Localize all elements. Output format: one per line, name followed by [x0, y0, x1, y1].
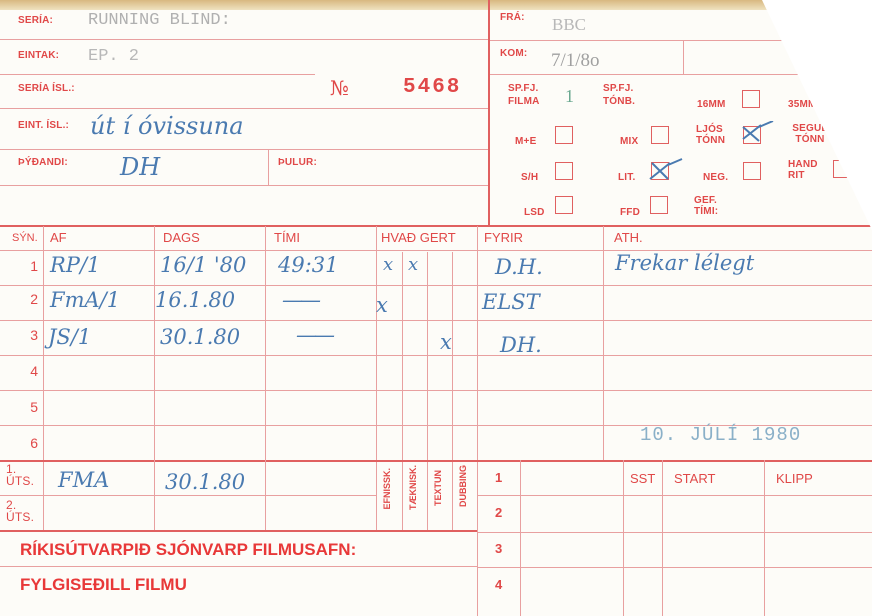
ljos-tonn-label: LJÓS TÓNN — [696, 124, 736, 146]
row1-fyrir: D.H. — [495, 255, 543, 279]
row1-ath: Frekar lélegt — [615, 251, 754, 275]
16mm-checkbox[interactable] — [742, 90, 760, 108]
mix-label: MIX — [620, 136, 638, 147]
efnissk-label: EFNISSK. — [382, 468, 392, 510]
row2-af: FmA/1 — [50, 288, 120, 312]
16mm-label: 16MM — [697, 99, 726, 110]
row3-timi: —— — [296, 323, 332, 347]
row-number: 1 — [18, 258, 38, 274]
spfj-filma-value: 1 — [565, 86, 574, 107]
lit-label: LIT. — [618, 172, 635, 183]
thulur-label: ÞULUR: — [278, 157, 317, 168]
hvad-gert-header: HVAÐ GERT — [381, 230, 456, 245]
syn-header: SÝN. — [12, 232, 38, 244]
row3-dags: 30.1.80 — [160, 325, 240, 349]
uts2-label: 2. ÚTS. — [6, 499, 42, 523]
seria-isl-label: SERÍA ÍSL.: — [18, 83, 75, 94]
row3-mark-textun: x — [440, 330, 452, 354]
eintak-label: EINTAK: — [18, 50, 59, 61]
cut-corner — [762, 0, 872, 230]
spfj-filma-label: SP.FJ. — [508, 83, 538, 94]
footer-org-title: RÍKISÚTVARPIÐ SJÓNVARP FILMUSAFN: — [20, 540, 356, 560]
row2-mark-efnissk: x — [376, 293, 388, 317]
klipp-header: KLIPP — [776, 471, 813, 486]
uts1-af: FMA — [58, 468, 109, 492]
spfj-tonb-label-2: TÓNB. — [603, 96, 635, 107]
eint-isl-label: EINT. ÍSL.: — [18, 120, 69, 131]
row2-fyrir: ELST — [482, 290, 540, 314]
lsd-checkbox[interactable] — [555, 196, 573, 214]
row3-af: JS/1 — [48, 325, 91, 349]
fra-value: BBC — [552, 15, 586, 35]
af-header: AF — [50, 230, 67, 245]
footer-card-title: FYLGISEÐILL FILMU — [20, 575, 187, 595]
ljos-tonn-checkbox[interactable] — [743, 126, 761, 144]
ffd-checkbox[interactable] — [650, 196, 668, 214]
neg-label: NEG. — [703, 172, 728, 183]
card-number: 5468 — [403, 76, 461, 99]
mix-checkbox[interactable] — [651, 126, 669, 144]
neg-checkbox[interactable] — [743, 162, 761, 180]
row-number: 2 — [18, 291, 38, 307]
m-e-checkbox[interactable] — [555, 126, 573, 144]
row2-dags: 16.1.80 — [155, 288, 235, 312]
row-number: 4 — [18, 363, 38, 379]
spfj-filma-label-2: FILMA — [508, 96, 540, 107]
timi-header: TÍMI — [274, 230, 300, 245]
s-h-label: S/H — [521, 172, 538, 183]
checkmark-x-icon — [648, 157, 684, 181]
textun-label: TEXTUN — [433, 470, 443, 506]
row1-af: RP/1 — [50, 253, 100, 277]
row1-dags: 16/1 '80 — [160, 253, 246, 277]
sst-header: SST — [630, 471, 655, 486]
taeknisk-label: TÆKNISK. — [408, 465, 418, 510]
number-label: № — [330, 76, 349, 100]
row-number: 6 — [18, 435, 38, 451]
thydandi-label: ÞÝÐANDI: — [18, 157, 68, 168]
fyrir-header: FYRIR — [484, 230, 523, 245]
lsd-label: LSD — [524, 207, 545, 218]
kom-label: KOM: — [500, 48, 527, 59]
row1-mark-efnissk: x — [383, 254, 393, 275]
uts1-dags: 30.1.80 — [165, 470, 245, 494]
row1-timi: 49:31 — [278, 253, 339, 277]
row-number: 3 — [18, 327, 38, 343]
s-h-checkbox[interactable] — [555, 162, 573, 180]
reel-number: 3 — [495, 541, 502, 556]
row3-fyrir: DH. — [500, 333, 542, 357]
reel-number: 4 — [495, 577, 502, 592]
fra-label: FRÁ: — [500, 12, 525, 23]
eint-isl-value: út í óvissuna — [90, 112, 244, 140]
gef-timi-label: GEF. TÍMI: — [694, 195, 724, 217]
lit-checkbox[interactable] — [651, 162, 669, 180]
row2-timi: —— — [282, 288, 318, 312]
eintak-value: EP. 2 — [88, 47, 139, 66]
dags-header: DAGS — [163, 230, 200, 245]
row1-mark-taeknisk: x — [408, 254, 418, 275]
start-header: START — [674, 471, 715, 486]
dubbing-label: DUBBING — [458, 465, 468, 507]
uts1-label: 1. ÚTS. — [6, 463, 42, 487]
ffd-label: FFD — [620, 207, 640, 218]
reel-number: 1 — [495, 470, 502, 485]
reel-number: 2 — [495, 505, 502, 520]
row-number: 5 — [18, 399, 38, 415]
torn-top-edge — [0, 0, 872, 10]
thydandi-value: DH — [120, 153, 160, 181]
date-stamp: 10. JÚLÍ 1980 — [640, 424, 801, 446]
spfj-tonb-label: SP.FJ. — [603, 83, 633, 94]
kom-value: 7/1/8o — [551, 50, 600, 72]
seria-value: RUNNING BLIND: — [88, 11, 231, 30]
m-e-label: M+E — [515, 136, 536, 147]
ath-header: ATH. — [614, 230, 643, 245]
seria-label: SERÍA: — [18, 15, 53, 26]
